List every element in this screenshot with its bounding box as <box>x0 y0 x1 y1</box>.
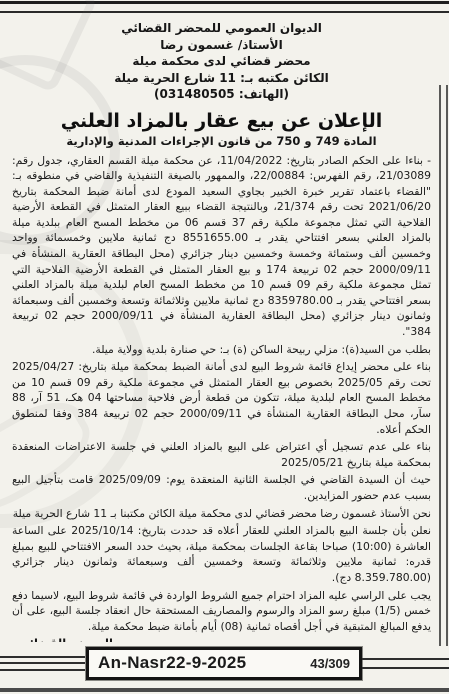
publication-stamp: An-Nasr22-9-2025 43/309 <box>86 647 362 680</box>
stamp-right-rules <box>362 658 449 669</box>
scanned-auction-notice: الديوان العمومي للمحضر القضائي الأستاذ/ … <box>0 0 449 694</box>
paragraph-postponement: حيث أن السيدة القاضي في الجلسة الثانية ا… <box>12 472 431 503</box>
office-name: الديوان العمومي للمحضر القضائي <box>12 20 431 37</box>
right-border-rule <box>439 85 448 646</box>
paragraph-conditions-deposit: بناء على محضر إيداع قائمة شروط البيع لدى… <box>12 359 431 437</box>
paragraph-no-objection: بناء على عدم تسجيل أي اعتراض على البيع ب… <box>12 439 431 470</box>
paragraph-judgment: - بناءا على الحكم الصادر بتاريخ: 11/04/2… <box>12 153 431 340</box>
legal-basis-subtitle: المادة 749 و 750 من قانون الإجراءات المد… <box>12 134 431 149</box>
paragraph-bailiff-declaration: نحن الأستاذ غسمون رضا محضر قضائي لدى محك… <box>12 506 431 522</box>
publication-name-date: An-Nasr22-9-2025 <box>98 653 246 673</box>
stamp-left-rules <box>0 656 86 671</box>
bailiff-role: محضر قضائي لدى محكمة ميلة <box>12 53 431 70</box>
page-reference: 43/309 <box>310 656 350 671</box>
signature-line: المحضر القضائي <box>18 636 429 642</box>
publication-stamp-row: An-Nasr22-9-2025 43/309 <box>0 644 449 682</box>
paragraph-payment-terms: يجب على الراسي عليه المزاد احترام جميع ا… <box>12 588 431 635</box>
bottom-border-rule <box>0 688 449 692</box>
notice-title: الإعلان عن بيع عقار بالمزاد العلني <box>12 110 431 133</box>
office-phone: (الهاتف: 031480505) <box>12 86 431 103</box>
office-address: الكائن مكتبه بـ: 11 شارع الحرية ميلة <box>12 70 431 87</box>
notice-content: الديوان العمومي للمحضر القضائي الأستاذ/ … <box>8 12 437 642</box>
paragraph-auction-session: نعلن بأن جلسة البيع بالمزاد العلني للعقا… <box>12 523 431 585</box>
letterhead: الديوان العمومي للمحضر القضائي الأستاذ/ … <box>12 20 431 103</box>
paragraph-requester: بطلب من السيد(ة): مزلي ربيحة الساكن (ة) … <box>12 342 431 358</box>
notice-body: - بناءا على الحكم الصادر بتاريخ: 11/04/2… <box>12 153 431 635</box>
bailiff-name: الأستاذ/ غسمون رضا <box>12 37 431 54</box>
